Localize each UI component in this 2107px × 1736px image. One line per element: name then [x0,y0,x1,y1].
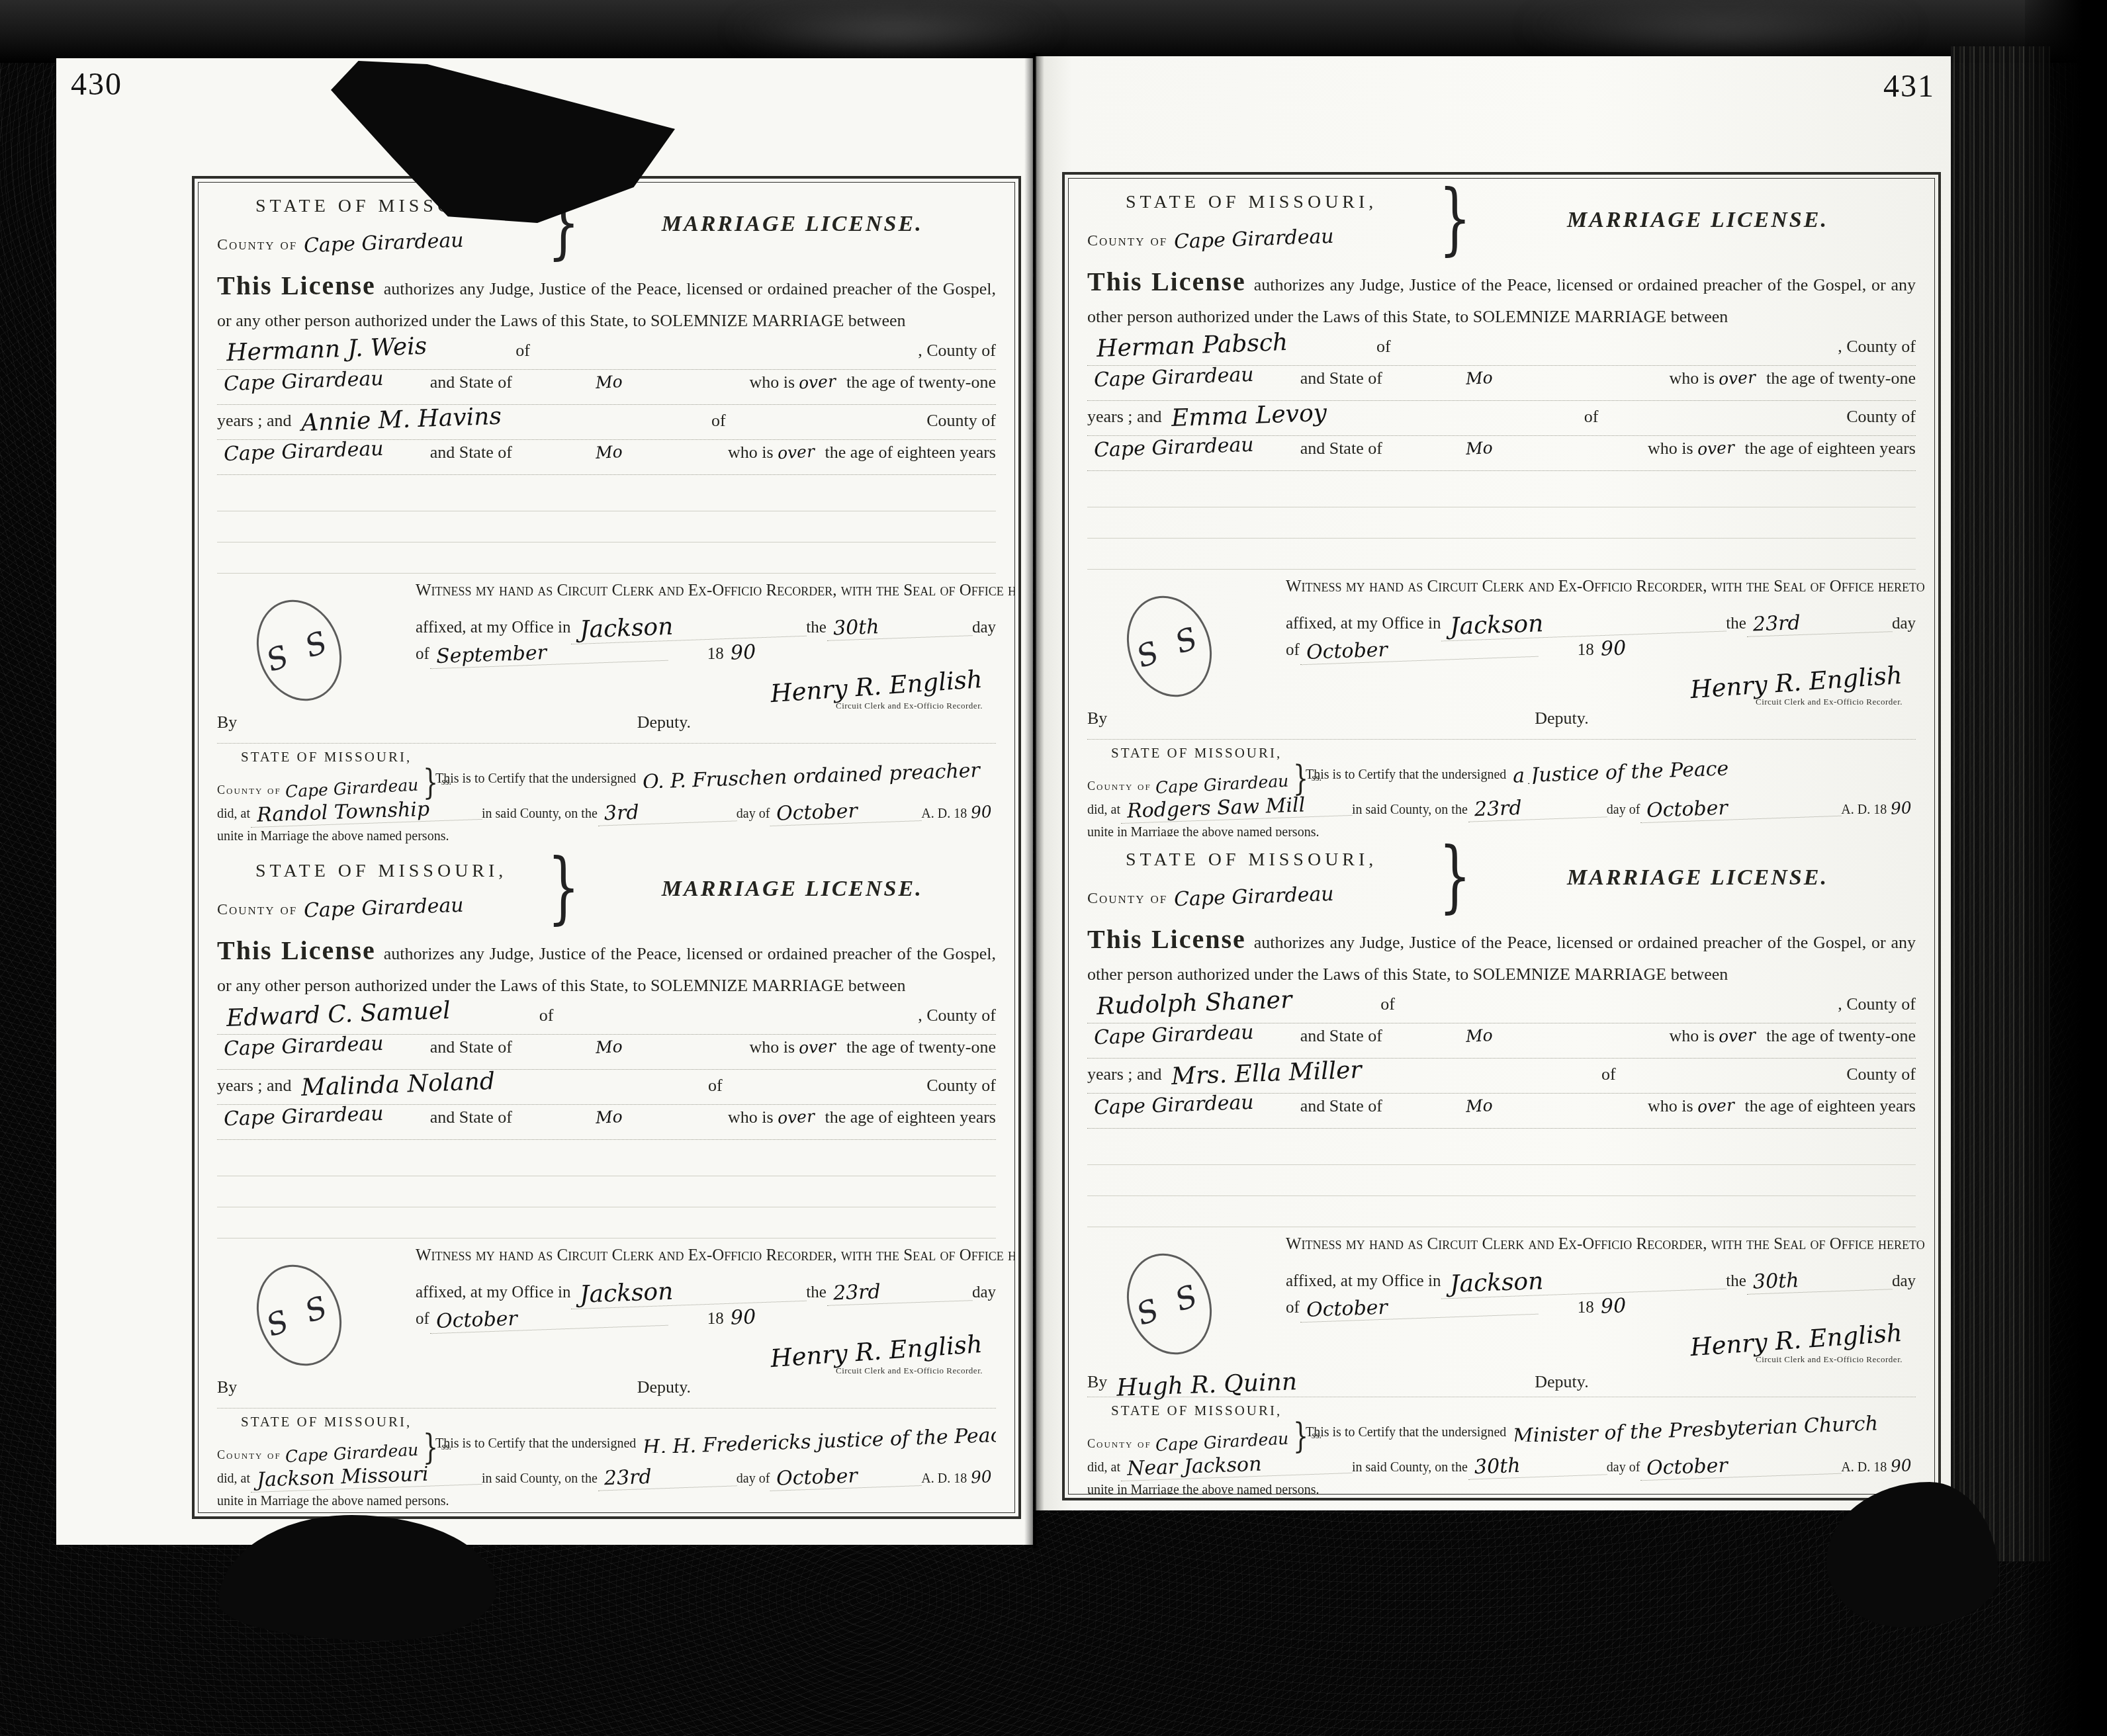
age-eighteen-label: the age of eighteen years [819,443,996,462]
bride-residence-row: Cape Girardeau and State of Mo who is ov… [217,1105,996,1140]
witness-block: S S Witness my hand as Circuit Clerk and… [217,582,996,711]
clerk-signature-block: Henry R. English Circuit Clerk and Ex-Of… [1286,1326,1916,1365]
bride-row: years ; and Emma Levoy of County of [1087,401,1916,436]
bride-county-handwritten: Cape Girardeau [216,1102,390,1131]
groom-row: Edward C. Samuel of , County of [217,1000,996,1035]
state-of-label: and State of [430,1107,512,1127]
license-title: MARRIAGE LICENSE. [588,877,996,902]
day-of-label: day of [737,806,770,822]
groom-state-handwritten: Mo [1461,368,1497,389]
cert-state-heading: STATE OF MISSOURI, [1087,1403,1306,1419]
who-is-label: who is [1648,439,1693,458]
who-is-label: who is [749,1037,795,1057]
blank-ruled-lines [1087,1134,1916,1227]
day-label: day [1892,615,1916,633]
day-of-label: day of [737,1471,770,1487]
witness-text: Witness my hand as Circuit Clerk and Ex-… [1286,1235,1916,1265]
groom-name-handwritten: Hermann J. Weis [216,332,436,367]
marriage-day-handwritten: 23rd [597,1462,737,1491]
by-label: By [217,1377,237,1397]
marriage-license-form: STATE OF MISSOURI, County of Cape Girard… [1069,836,1934,1494]
affixed-label: affixed, at my Office in [1286,1272,1441,1291]
of-label: of [708,1076,723,1096]
did-at-label: did, at [217,1471,250,1487]
bride-over-handwritten: over [773,441,819,463]
certificate-block: STATE OF MISSOURI, County of Cape Girard… [1087,1403,1916,1494]
years-and-label: years ; and [1087,407,1162,427]
groom-over-handwritten: over [1714,367,1760,389]
witness-block: S S Witness my hand as Circuit Clerk and… [217,1246,996,1376]
of-label: of [1601,1064,1616,1084]
certify-label: This is to Certify that the undersigned [1306,1425,1506,1440]
county-of-label: County of [1846,407,1916,427]
opening-paragraph: This Licenseauthorizes any Judge, Justic… [1087,261,1916,331]
brace-glyph: } [1439,185,1471,251]
of-label: of [711,411,726,431]
who-is-label: who is [749,372,795,392]
deputy-label: Deputy. [1535,1372,1588,1392]
county-handwritten: Cape Girardeau [1167,224,1341,253]
bride-name-handwritten: Mrs. Ella Miller [1161,1056,1371,1090]
certify-label: This is to Certify that the undersigned [1306,767,1506,783]
ss-label: ss. [1312,773,1322,784]
bride-residence-row: Cape Girardeau and State of Mo who is ov… [1087,436,1916,471]
marriage-day-handwritten: 23rd [1467,793,1607,822]
of-label: of [516,341,530,361]
groom-state-handwritten: Mo [1461,1025,1497,1047]
cert-county-handwritten: Cape Girardeau [281,1440,423,1466]
clerk-signature-caption: Circuit Clerk and Ex-Officio Recorder. [1756,1354,1903,1365]
this-license-display: This License [217,271,376,300]
ad-label: A. D. 18 [921,806,967,822]
year-prefix: 18 [1578,641,1594,660]
this-license-display: This License [217,935,376,965]
who-is-label: who is [1648,1096,1693,1116]
this-license-display: This License [1087,267,1246,296]
marriage-month-handwritten: October [1640,1450,1842,1481]
of-label: of [1380,994,1395,1014]
county-of-label: County of [926,411,996,431]
bride-state-handwritten: Mo [1461,1096,1497,1117]
age-eighteen-label: the age of eighteen years [1738,439,1916,458]
state-heading: STATE OF MISSOURI, [1087,185,1435,213]
unite-label: unite in Marriage the above named person… [217,1494,449,1509]
cert-state-heading: STATE OF MISSOURI, [217,749,435,765]
groom-county-handwritten: Cape Girardeau [1087,1020,1261,1049]
county-of-label: , County of [918,341,996,361]
groom-row: Hermann J. Weis of , County of [217,335,996,370]
unite-label: unite in Marriage the above named person… [1087,825,1319,836]
ad-label: A. D. 18 [921,1471,967,1487]
blank-ruled-lines [217,480,996,574]
marriage-license-form: STATE OF MISSOURI, County of Cape Girard… [199,847,1014,1512]
deputy-line: By Deputy. [217,713,996,744]
clerk-signature-block: Henry R. English Circuit Clerk and Ex-Of… [1286,668,1916,707]
cert-county-handwritten: Cape Girardeau [1151,1428,1293,1455]
groom-name-handwritten: Herman Pabsch [1087,328,1297,363]
groom-residence-row: Cape Girardeau and State of Mo who is ov… [217,1035,996,1070]
officiant-handwritten: H. H. Fredericks justice of the Peace [636,1423,996,1453]
blank-ruled-lines [1087,476,1916,570]
unite-label: unite in Marriage the above named person… [217,829,449,844]
groom-name-handwritten: Rudolph Shaner [1087,986,1301,1020]
groom-state-handwritten: Mo [591,1037,627,1058]
bride-state-handwritten: Mo [591,1107,627,1128]
the-label: the [806,1283,827,1302]
form-header: STATE OF MISSOURI, County of Cape Girard… [217,854,996,920]
state-of-label: and State of [1300,369,1382,388]
deputy-by-handwritten [1108,718,1535,733]
record-book-page-left: 430 STATE OF MISSOURI, County of Cape Gi… [56,58,1033,1545]
affixed-label: affixed, at my Office in [416,619,570,637]
deputy-by-handwritten [238,1387,637,1401]
did-at-label: did, at [217,806,250,822]
marriage-license-form: STATE OF MISSOURI, County of Cape Girard… [1069,179,1934,836]
age-eighteen-label: the age of eighteen years [1738,1096,1916,1116]
form-header: STATE OF MISSOURI, County of Cape Girard… [217,189,996,255]
affixed-label: affixed, at my Office in [416,1283,570,1302]
age-eighteen-label: the age of eighteen years [819,1107,996,1127]
cert-county-label: County of [1087,1437,1151,1451]
clerk-seal-mark: S S [1113,1241,1226,1366]
age-twentyone-label: the age of twenty-one [1760,369,1916,388]
bride-over-handwritten: over [1693,1095,1738,1117]
marriage-year-handwritten: 90 [966,802,996,822]
day-label: day [972,619,996,637]
groom-over-handwritten: over [1714,1025,1760,1047]
forms-border-box: STATE OF MISSOURI, County of Cape Girard… [1062,172,1941,1500]
marriage-year-handwritten: 90 [1886,798,1916,818]
certify-label: This is to Certify that the undersigned [435,1436,636,1452]
form-header: STATE OF MISSOURI, County of Cape Girard… [1087,843,1916,909]
year-prefix: 18 [1578,1299,1594,1317]
clerk-seal-mark: S S [243,1252,355,1377]
license-month-handwritten: October [1299,633,1538,666]
groom-over-handwritten: over [794,371,840,393]
by-label: By [1087,709,1107,728]
county-label: County of [1087,232,1167,250]
bride-residence-row: Cape Girardeau and State of Mo who is ov… [1087,1094,1916,1129]
marriage-month-handwritten: October [770,797,922,826]
license-day-handwritten: 30th [1746,1266,1892,1295]
county-handwritten: Cape Girardeau [1167,882,1341,911]
witness-text: Witness my hand as Circuit Clerk and Ex-… [416,1246,996,1276]
year-prefix: 18 [707,1310,724,1328]
of-label: of [1286,641,1300,660]
county-handwritten: Cape Girardeau [297,228,471,257]
license-year-handwritten: 90 [1593,636,1633,661]
county-of-label: , County of [918,1006,996,1025]
deputy-label: Deputy. [637,713,691,732]
record-book-page-right: 431 STATE OF MISSOURI, County of Cape Gi… [1036,56,1951,1510]
cert-county-handwritten: Cape Girardeau [281,775,423,801]
bride-county-handwritten: Cape Girardeau [216,437,390,466]
deputy-line: By Hugh R. Quinn Deputy. [1087,1366,1916,1397]
county-of-label: , County of [1838,994,1916,1014]
state-of-label: and State of [1300,1096,1382,1116]
blank-ruled-lines [217,1145,996,1238]
county-label: County of [217,236,297,254]
groom-county-handwritten: Cape Girardeau [216,1031,390,1061]
bride-row: years ; and Mrs. Ella Miller of County o… [1087,1059,1916,1094]
license-title: MARRIAGE LICENSE. [1480,208,1916,233]
license-title: MARRIAGE LICENSE. [588,212,996,237]
bride-row: years ; and Malinda Noland of County of [217,1070,996,1105]
license-year-handwritten: 90 [723,640,762,665]
form-header: STATE OF MISSOURI, County of Cape Girard… [1087,185,1916,251]
did-at-label: did, at [1087,1460,1120,1475]
who-is-label: who is [728,1107,774,1127]
in-county-label: in said County, on the [1352,1460,1468,1475]
cert-state-heading: STATE OF MISSOURI, [1087,745,1306,761]
marriage-year-handwritten: 90 [966,1467,996,1487]
state-of-label: and State of [430,372,512,392]
state-heading: STATE OF MISSOURI, [1087,843,1435,871]
deputy-line: By Deputy. [1087,709,1916,740]
cert-county-handwritten: Cape Girardeau [1151,771,1293,797]
age-twentyone-label: the age of twenty-one [1760,1026,1916,1046]
witness-text: Witness my hand as Circuit Clerk and Ex-… [416,582,996,611]
deputy-by-handwritten: Hugh R. Quinn [1107,1360,1535,1403]
state-of-label: and State of [430,1037,512,1057]
county-label: County of [217,901,297,919]
the-label: the [1726,615,1746,633]
marriage-day-handwritten: 30th [1467,1451,1607,1479]
of-label: of [416,1310,429,1328]
who-is-label: who is [1669,369,1715,388]
brace-glyph: } [1293,761,1308,796]
book-scan: 430 STATE OF MISSOURI, County of Cape Gi… [0,0,2107,1736]
county-of-label: County of [926,1076,996,1096]
groom-residence-row: Cape Girardeau and State of Mo who is ov… [217,370,996,405]
day-of-label: day of [1607,803,1640,818]
clerk-signature-caption: Circuit Clerk and Ex-Officio Recorder. [1756,697,1903,707]
ss-label: ss. [441,777,451,788]
state-of-label: and State of [1300,1026,1382,1046]
bride-state-handwritten: Mo [591,442,627,463]
brace-glyph: } [547,854,580,920]
certify-label: This is to Certify that the undersigned [435,771,636,787]
cert-county-label: County of [217,783,281,797]
groom-county-handwritten: Cape Girardeau [216,367,390,396]
state-heading: STATE OF MISSOURI, [217,854,544,882]
license-year-handwritten: 90 [723,1305,762,1330]
groom-state-handwritten: Mo [591,372,627,393]
groom-county-handwritten: Cape Girardeau [1087,363,1261,392]
bride-residence-row: Cape Girardeau and State of Mo who is ov… [217,440,996,475]
groom-over-handwritten: over [794,1036,840,1058]
affixed-label: affixed, at my Office in [1286,615,1441,633]
brace-glyph: } [1293,1419,1308,1454]
bride-name-handwritten: Annie M. Havins [291,402,511,437]
the-label: the [806,619,827,637]
opening-paragraph: This Licenseauthorizes any Judge, Justic… [1087,918,1916,988]
age-twentyone-label: the age of twenty-one [840,1037,996,1057]
in-county-label: in said County, on the [482,806,598,822]
of-label: of [1584,407,1599,427]
officiant-handwritten: Minister of the Presbyterian Church [1506,1412,1885,1442]
bride-name-handwritten: Malinda Noland [291,1067,504,1102]
ad-label: A. D. 18 [1841,803,1887,818]
age-twentyone-label: the age of twenty-one [840,372,996,392]
who-is-label: who is [728,443,774,462]
clerk-signature-block: Henry R. English Circuit Clerk and Ex-Of… [416,1337,996,1376]
groom-row: Herman Pabsch of , County of [1087,331,1916,366]
of-label: of [1286,1299,1300,1317]
witness-block: S S Witness my hand as Circuit Clerk and… [1087,578,1916,707]
license-title: MARRIAGE LICENSE. [1480,865,1916,890]
license-day-handwritten: 23rd [1746,608,1892,637]
bride-county-handwritten: Cape Girardeau [1087,433,1261,462]
state-of-label: and State of [1300,439,1382,458]
years-and-label: years ; and [217,411,292,431]
marriage-month-handwritten: October [770,1462,922,1491]
state-of-label: and State of [430,443,512,462]
certificate-block: STATE OF MISSOURI, County of Cape Girard… [217,1414,996,1512]
cert-county-label: County of [217,1448,281,1462]
years-and-label: years ; and [217,1076,292,1096]
deputy-line: By Deputy. [217,1377,996,1409]
years-and-label: years ; and [1087,1064,1162,1084]
deputy-label: Deputy. [637,1377,691,1397]
brace-glyph: } [1439,843,1471,909]
opening-paragraph: This Licenseauthorizes any Judge, Justic… [217,930,996,1000]
this-license-display: This License [1087,924,1246,954]
bride-over-handwritten: over [773,1106,819,1128]
license-day-handwritten: 23rd [826,1277,972,1306]
bride-name-handwritten: Emma Levoy [1161,399,1336,432]
who-is-label: who is [1669,1026,1715,1046]
in-county-label: in said County, on the [482,1471,598,1487]
by-label: By [217,713,237,732]
brace-glyph: } [423,765,438,800]
day-label: day [1892,1272,1916,1291]
clerk-seal-mark: S S [243,587,355,713]
clerk-signature-caption: Circuit Clerk and Ex-Officio Recorder. [836,701,983,711]
by-label: By [1087,1372,1107,1392]
groom-row: Rudolph Shaner of , County of [1087,988,1916,1023]
bride-county-handwritten: Cape Girardeau [1087,1090,1261,1119]
officiant-handwritten: O. P. Fruschen ordained preacher [636,759,987,788]
groom-residence-row: Cape Girardeau and State of Mo who is ov… [1087,366,1916,401]
deputy-by-handwritten [238,722,637,736]
bride-state-handwritten: Mo [1461,438,1497,459]
day-label: day [972,1283,996,1302]
deputy-label: Deputy. [1535,709,1588,728]
certificate-block: STATE OF MISSOURI, County of Cape Girard… [217,749,996,847]
page-number: 431 [1883,68,1935,105]
license-month-handwritten: September [429,637,668,670]
forms-border-box: STATE OF MISSOURI, County of Cape Girard… [192,176,1021,1519]
of-label: of [1376,337,1391,357]
book-gutter-shadow [1024,53,1044,1548]
groom-residence-row: Cape Girardeau and State of Mo who is ov… [1087,1023,1916,1059]
clerk-signature-caption: Circuit Clerk and Ex-Officio Recorder. [836,1366,983,1376]
cert-county-label: County of [1087,779,1151,793]
county-of-label: , County of [1838,337,1916,357]
of-label: of [539,1006,554,1025]
ss-label: ss. [1312,1430,1322,1442]
unite-label: unite in Marriage the above named person… [1087,1483,1319,1494]
the-label: the [1726,1272,1746,1291]
license-month-handwritten: October [429,1302,668,1334]
bride-row: years ; and Annie M. Havins of County of [217,405,996,440]
opening-paragraph: This Licenseauthorizes any Judge, Justic… [217,265,996,335]
cert-state-heading: STATE OF MISSOURI, [217,1414,435,1430]
marriage-day-handwritten: 3rd [597,797,737,826]
of-label: of [416,645,429,664]
in-county-label: in said County, on the [1352,803,1468,818]
brace-glyph: } [423,1430,438,1465]
page-number: 430 [71,66,122,103]
county-handwritten: Cape Girardeau [297,893,471,922]
year-prefix: 18 [707,645,724,664]
clerk-seal-mark: S S [1113,584,1226,709]
did-at-label: did, at [1087,803,1120,818]
clerk-signature-block: Henry R. English Circuit Clerk and Ex-Of… [416,672,996,711]
bride-over-handwritten: over [1693,437,1738,459]
day-of-label: day of [1607,1460,1640,1475]
witness-block: S S Witness my hand as Circuit Clerk and… [1087,1235,1916,1365]
license-day-handwritten: 30th [826,612,972,641]
county-label: County of [1087,890,1167,908]
groom-name-handwritten: Edward C. Samuel [216,997,460,1033]
marriage-month-handwritten: October [1640,793,1842,824]
witness-text: Witness my hand as Circuit Clerk and Ex-… [1286,578,1916,607]
officiant-handwritten: a Justice of the Peace [1506,757,1736,784]
certificate-block: STATE OF MISSOURI, County of Cape Girard… [1087,745,1916,836]
license-month-handwritten: October [1299,1291,1538,1323]
ss-label: ss. [441,1442,451,1453]
ad-label: A. D. 18 [1841,1460,1887,1475]
license-year-handwritten: 90 [1593,1294,1633,1319]
marriage-license-form: STATE OF MISSOURI, County of Cape Girard… [199,183,1014,847]
county-of-label: County of [1846,1064,1916,1084]
marriage-year-handwritten: 90 [1886,1455,1916,1476]
